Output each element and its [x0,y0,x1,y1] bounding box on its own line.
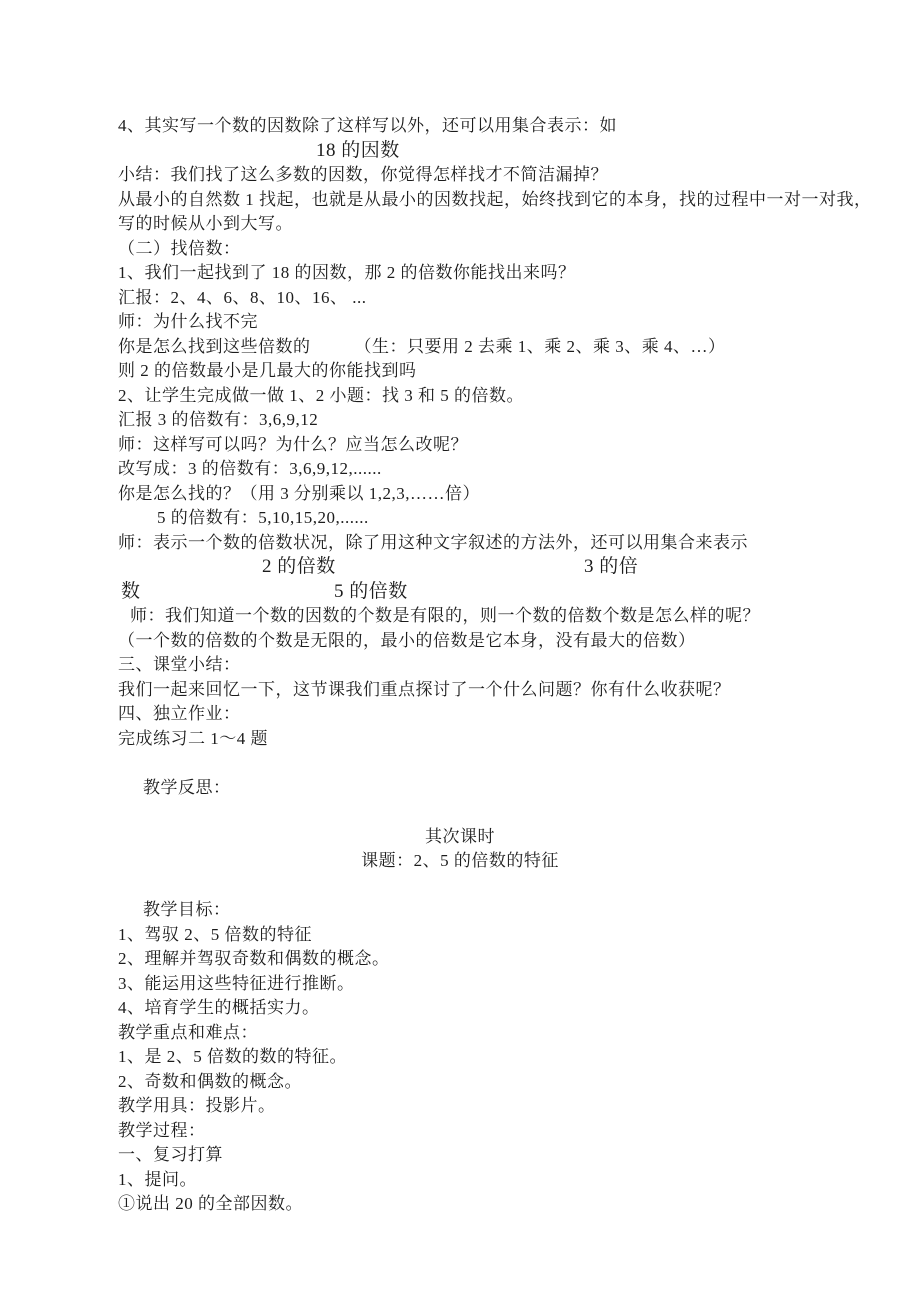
text-line: 5 的倍数有：5,10,15,20,...... [118,506,920,531]
text-line: 1、提问。 [118,1168,920,1193]
text-line: 小结：我们找了这么多数的因数，你觉得怎样找才不简洁漏掉？ [118,163,920,188]
text-line: 4、其实写一个数的因数除了这样写以外，还可以用集合表示：如 [118,114,920,139]
text-line: 教学目标： [118,898,920,923]
section-heading: 其次课时 [0,825,920,850]
text-line: 汇报 3 的倍数有：3,6,9,12 [118,408,920,433]
text-line: 师：为什么找不完 [118,310,920,335]
text-line: 我们一起来回忆一下，这节课我们重点探讨了一个什么问题？你有什么收获呢？ [118,678,920,703]
text-line: 改写成：3 的倍数有：3,6,9,12,...... [118,457,920,482]
text-line: 2、奇数和偶数的概念。 [118,1070,920,1095]
text-line: 完成练习二 1～4 题 [118,727,920,752]
text-line: 汇报：2、4、6、8、10、16、 ... [118,286,920,311]
text-line: 1、驾驭 2、5 倍数的特征 [118,923,920,948]
text-line: 你是怎么找到这些倍数的 （生：只要用 2 去乘 1、乘 2、乘 3、乘 4、…） [118,335,920,360]
text-line: 你是怎么找的？（用 3 分别乘以 1,2,3,……倍） [118,482,920,507]
table-caption-row: 数5 的倍数 [118,580,920,605]
table-caption-cell: 数 [121,580,141,605]
text-line: 教学反思： [118,776,920,801]
text-line: 师：表示一个数的倍数状况，除了用这种文字叙述的方法外，还可以用集合来表示 [118,531,920,556]
text-line: 1、是 2、5 倍数的数的特征。 [118,1045,920,1070]
table-caption-18: 18 的因数 [118,139,920,164]
table-caption-cell: 2 的倍数 [262,555,336,580]
text-line: 教学重点和难点： [118,1021,920,1046]
text-line: 1、我们一起找到了 18 的因数，那 2 的倍数你能找出来吗？ [118,261,920,286]
text-line: 教学过程： [118,1119,920,1144]
text-line: 教学用具：投影片。 [118,1094,920,1119]
text-line: 则 2 的倍数最小是几最大的你能找到吗 [118,359,920,384]
text-line: 3、能运用这些特征进行推断。 [118,972,920,997]
table-caption-cell: 3 的倍 [584,555,638,580]
text-line: 4、培育学生的概括实力。 [118,996,920,1021]
table-caption-row: 2 的倍数3 的倍 [118,555,920,580]
table-caption-cell: 5 的倍数 [334,580,408,605]
text-line: 师：这样写可以吗？为什么？应当怎么改呢？ [118,433,920,458]
text-line: ①说出 20 的全部因数。 [118,1192,920,1217]
text-line: 三、课堂小结： [118,653,920,678]
text-line: 四、独立作业： [118,702,920,727]
text-line: （二）找倍数： [118,237,920,262]
blank-line [118,800,920,825]
text-line: 从最小的自然数 1 找起，也就是从最小的因数找起，始终找到它的本身，找的过程中一… [118,188,920,213]
text-line: 一、复习打算 [118,1143,920,1168]
blank-line [118,751,920,776]
text-line: 2、理解并驾驭奇数和偶数的概念。 [118,947,920,972]
text-line: （一个数的倍数的个数是无限的，最小的倍数是它本身，没有最大的倍数） [118,629,920,654]
text-line: 师：我们知道一个数的因数的个数是有限的，则一个数的倍数个数是怎么样的呢？ [118,604,920,629]
text-line: 2、让学生完成做一做 1、2 小题：找 3 和 5 的倍数。 [118,384,920,409]
lesson-title: 课题：2、5 的倍数的特征 [0,849,920,874]
text-line: 写的时候从小到大写。 [118,212,920,237]
blank-line [118,874,920,899]
document-page: 4、其实写一个数的因数除了这样写以外，还可以用集合表示：如18 的因数小结：我们… [0,0,920,1301]
